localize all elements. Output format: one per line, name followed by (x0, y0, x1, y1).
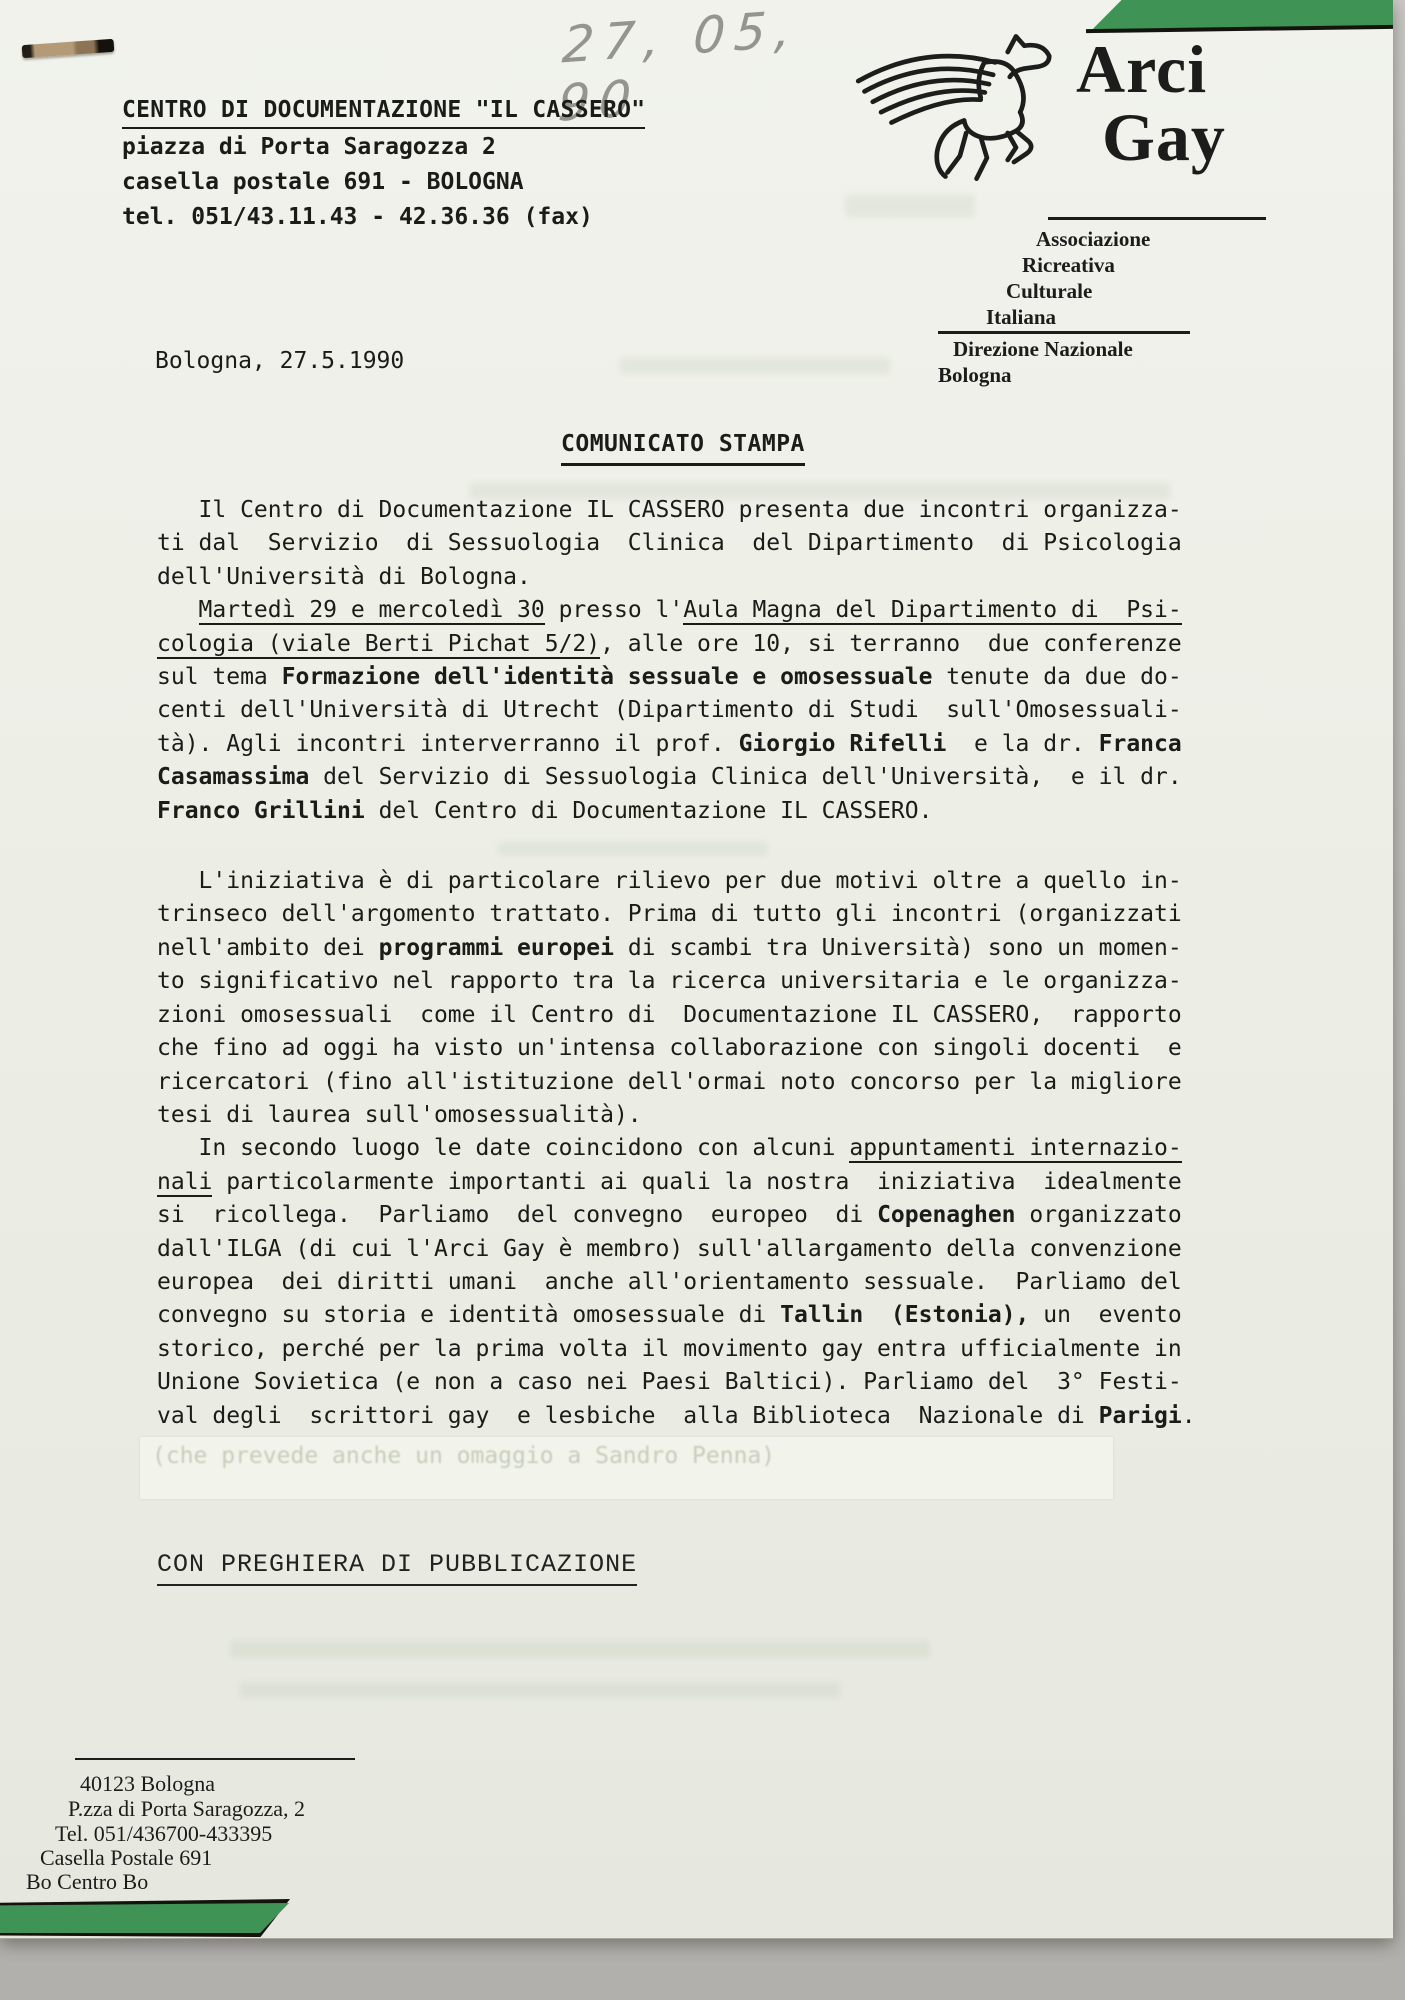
logo-wordmark-gay: Gay (1102, 98, 1226, 177)
body-line: che fino ad oggi ha visto un'intensa col… (157, 1032, 1217, 1065)
body-line: dell'Università di Bologna. (157, 561, 1217, 594)
association-line: Ricreativa (1022, 253, 1115, 278)
press-release-title: COMUNICATO STAMPA (561, 431, 805, 466)
body-line: In secondo luogo le date coincidono con … (157, 1132, 1217, 1165)
ghost-smudge (620, 358, 890, 374)
body-line: Casamassima del Servizio di Sessuologia … (157, 761, 1217, 794)
body-line: storico, perché per la prima volta il mo… (157, 1333, 1217, 1366)
footer-line: Casella Postale 691 (40, 1845, 212, 1871)
body-line: val degli scrittori gay e lesbiche alla … (157, 1400, 1217, 1433)
dateline: Bologna, 27.5.1990 (155, 348, 404, 374)
body-line: nell'ambito dei programmi europei di sca… (157, 932, 1217, 965)
paragraph: Martedì 29 e mercoledì 30 presso l'Aula … (157, 594, 1217, 828)
pegasus-icon (852, 28, 1070, 186)
body-line: to significativo nel rapporto tra la ric… (157, 965, 1217, 998)
body-line: ricercatori (fino all'istituzione dell'o… (157, 1066, 1217, 1099)
publication-request: CON PREGHIERA DI PUBBLICAZIONE (157, 1550, 637, 1586)
association-line: Associazione (1036, 227, 1150, 252)
body-line: cologia (viale Berti Pichat 5/2), alle o… (157, 628, 1217, 661)
footer-line: Tel. 051/436700-433395 (55, 1821, 272, 1847)
body-line: convegno su storia e identità omosessual… (157, 1299, 1217, 1332)
body-line: Unione Sovietica (e non a caso nei Paesi… (157, 1366, 1217, 1399)
body-line: tesi di laurea sull'omosessualità). (157, 1099, 1217, 1132)
ghost-line: (che prevede anche un omaggio a Sandro P… (152, 1443, 775, 1469)
body-text: Il Centro di Documentazione IL CASSERO p… (157, 494, 1217, 1433)
body-line: Il Centro di Documentazione IL CASSERO p… (157, 494, 1217, 527)
paragraph: Il Centro di Documentazione IL CASSERO p… (157, 494, 1217, 594)
body-line: trinseco dell'argomento trattato. Prima … (157, 898, 1217, 931)
ghost-smudge (845, 195, 975, 217)
body-line: zioni omosessuali come il Centro di Docu… (157, 999, 1217, 1032)
sender-postal: casella postale 691 - BOLOGNA (122, 169, 524, 195)
body-line: tà). Agli incontri interverranno il prof… (157, 728, 1217, 761)
logo-divider (1048, 217, 1266, 220)
body-line: L'iniziativa è di particolare rilievo pe… (157, 865, 1217, 898)
ghost-smudge (240, 1682, 840, 1698)
body-line: dall'ILGA (di cui l'Arci Gay è membro) s… (157, 1233, 1217, 1266)
logo-divider (938, 331, 1190, 334)
body-line: nali particolarmente importanti ai quali… (157, 1166, 1217, 1199)
footer-line: P.zza di Porta Saragozza, 2 (68, 1796, 305, 1822)
body-line: sul tema Formazione dell'identità sessua… (157, 661, 1217, 694)
green-tape-bottom-left (0, 1903, 289, 1933)
body-line: europea dei diritti umani anche all'orie… (157, 1266, 1217, 1299)
direction-line: Bologna (938, 363, 1012, 388)
ghost-smudge (230, 1640, 930, 1658)
body-line: si ricollega. Parliamo del convegno euro… (157, 1199, 1217, 1232)
footer-line: 40123 Bologna (80, 1771, 215, 1797)
scanned-press-release: 27, 05, 90 CENTRO DI DOCUMENTAZIONE "IL … (0, 0, 1405, 2000)
sender-name: CENTRO DI DOCUMENTAZIONE "IL CASSERO" (122, 97, 645, 129)
sender-address: piazza di Porta Saragozza 2 (122, 134, 496, 160)
body-line: ti dal Servizio di Sessuologia Clinica d… (157, 527, 1217, 560)
sender-phone: tel. 051/43.11.43 - 42.36.36 (fax) (122, 204, 593, 230)
paragraph: L'iniziativa è di particolare rilievo pe… (157, 865, 1217, 1132)
footer-divider (75, 1758, 355, 1760)
body-line: centi dell'Università di Utrecht (Dipart… (157, 694, 1217, 727)
body-line: Franco Grillini del Centro di Documentaz… (157, 795, 1217, 828)
association-line: Culturale (1006, 279, 1092, 304)
association-line: Italiana (986, 305, 1056, 330)
paragraph: In secondo luogo le date coincidono con … (157, 1132, 1217, 1433)
footer-line: Bo Centro Bo (26, 1869, 148, 1895)
body-line: Martedì 29 e mercoledì 30 presso l'Aula … (157, 594, 1217, 627)
direction-line: Direzione Nazionale (953, 337, 1133, 362)
